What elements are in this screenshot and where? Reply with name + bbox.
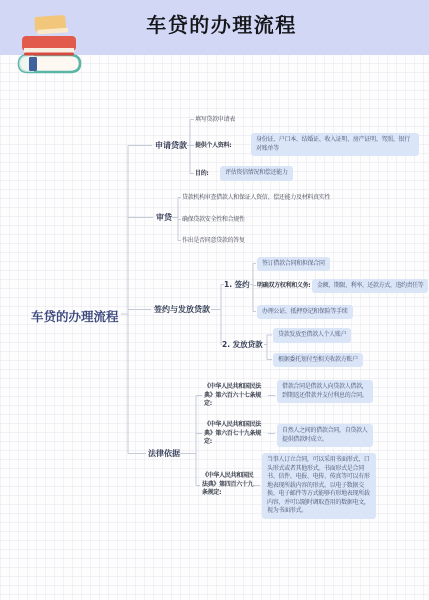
apply-purpose-label: 目的: bbox=[195, 170, 209, 178]
mindmap-canvas: 车贷的办理流程 bbox=[0, 0, 429, 600]
review-reply-text: 作出是否同意贷款的答复 bbox=[182, 237, 245, 245]
review-check-text: 贷款机构审查借款人和保证人资信、偿还能力及材料真实性 bbox=[182, 194, 330, 202]
apply-fill-form-text: 填写贷款申请表 bbox=[195, 116, 235, 124]
disburse-payee-box: 根据委托划付至相关收款方账户 bbox=[273, 353, 363, 368]
legal-article-679-box: 自然人之间的借款合同，自贷款人提供借款时成立。 bbox=[277, 424, 373, 447]
legal-article-667-label: 《中华人民共和国民法典》第六百六十七条规定: bbox=[204, 383, 268, 409]
apply-purpose-box: 评估资信情况和偿还能力 bbox=[220, 166, 293, 181]
legal-article-667-box: 借款合同是借款人向贷款人借款，到期返还借款并支付利息的合同。 bbox=[277, 380, 373, 403]
legal-article-469-label: 《中华人民共和国民法典》第四百六十九条规定: bbox=[202, 472, 258, 498]
sign-rights-label: 明确双方权利和义务: bbox=[257, 282, 310, 290]
review-safety-text: 确保贷款安全性和合规性 bbox=[182, 216, 245, 224]
apply-materials-label: 提供个人资料: bbox=[195, 142, 231, 150]
legal-article-679-label: 《中华人民共和国民法典》第六百七十九条规定: bbox=[204, 421, 268, 447]
branch-legal-basis: 法律依据 bbox=[148, 449, 180, 459]
apply-materials-box: 身份证、户口本、结婚证、收入证明、房产证明、驾照、银行对账单等 bbox=[251, 133, 419, 156]
sign-contract-box: 签订借款合同和担保合同 bbox=[257, 257, 330, 272]
disburse-personal-box: 贷款发放至借款人个人账户 bbox=[273, 328, 351, 343]
sign-step-label: 1. 签约 bbox=[224, 280, 250, 289]
branch-loan-review: 审贷 bbox=[156, 213, 172, 223]
legal-article-469-box: 当事人订立合同，可以采用书面形式、口头形式或者其他形式。书面形式是合同书、信件、… bbox=[262, 453, 376, 519]
branch-sign-and-disburse: 签约与发放贷款 bbox=[154, 305, 210, 315]
books-stack-icon bbox=[12, 8, 90, 82]
branch-apply-loan: 申请贷款 bbox=[155, 141, 187, 151]
sign-rights-box: 金额、期限、利率、还款方式、违约责任等 bbox=[312, 279, 428, 294]
disburse-step-label: 2. 发放贷款 bbox=[222, 340, 263, 349]
sign-notary-box: 办理公证、抵押登记和保险等手续 bbox=[257, 305, 353, 320]
root-node: 车贷的办理流程 bbox=[31, 307, 119, 325]
